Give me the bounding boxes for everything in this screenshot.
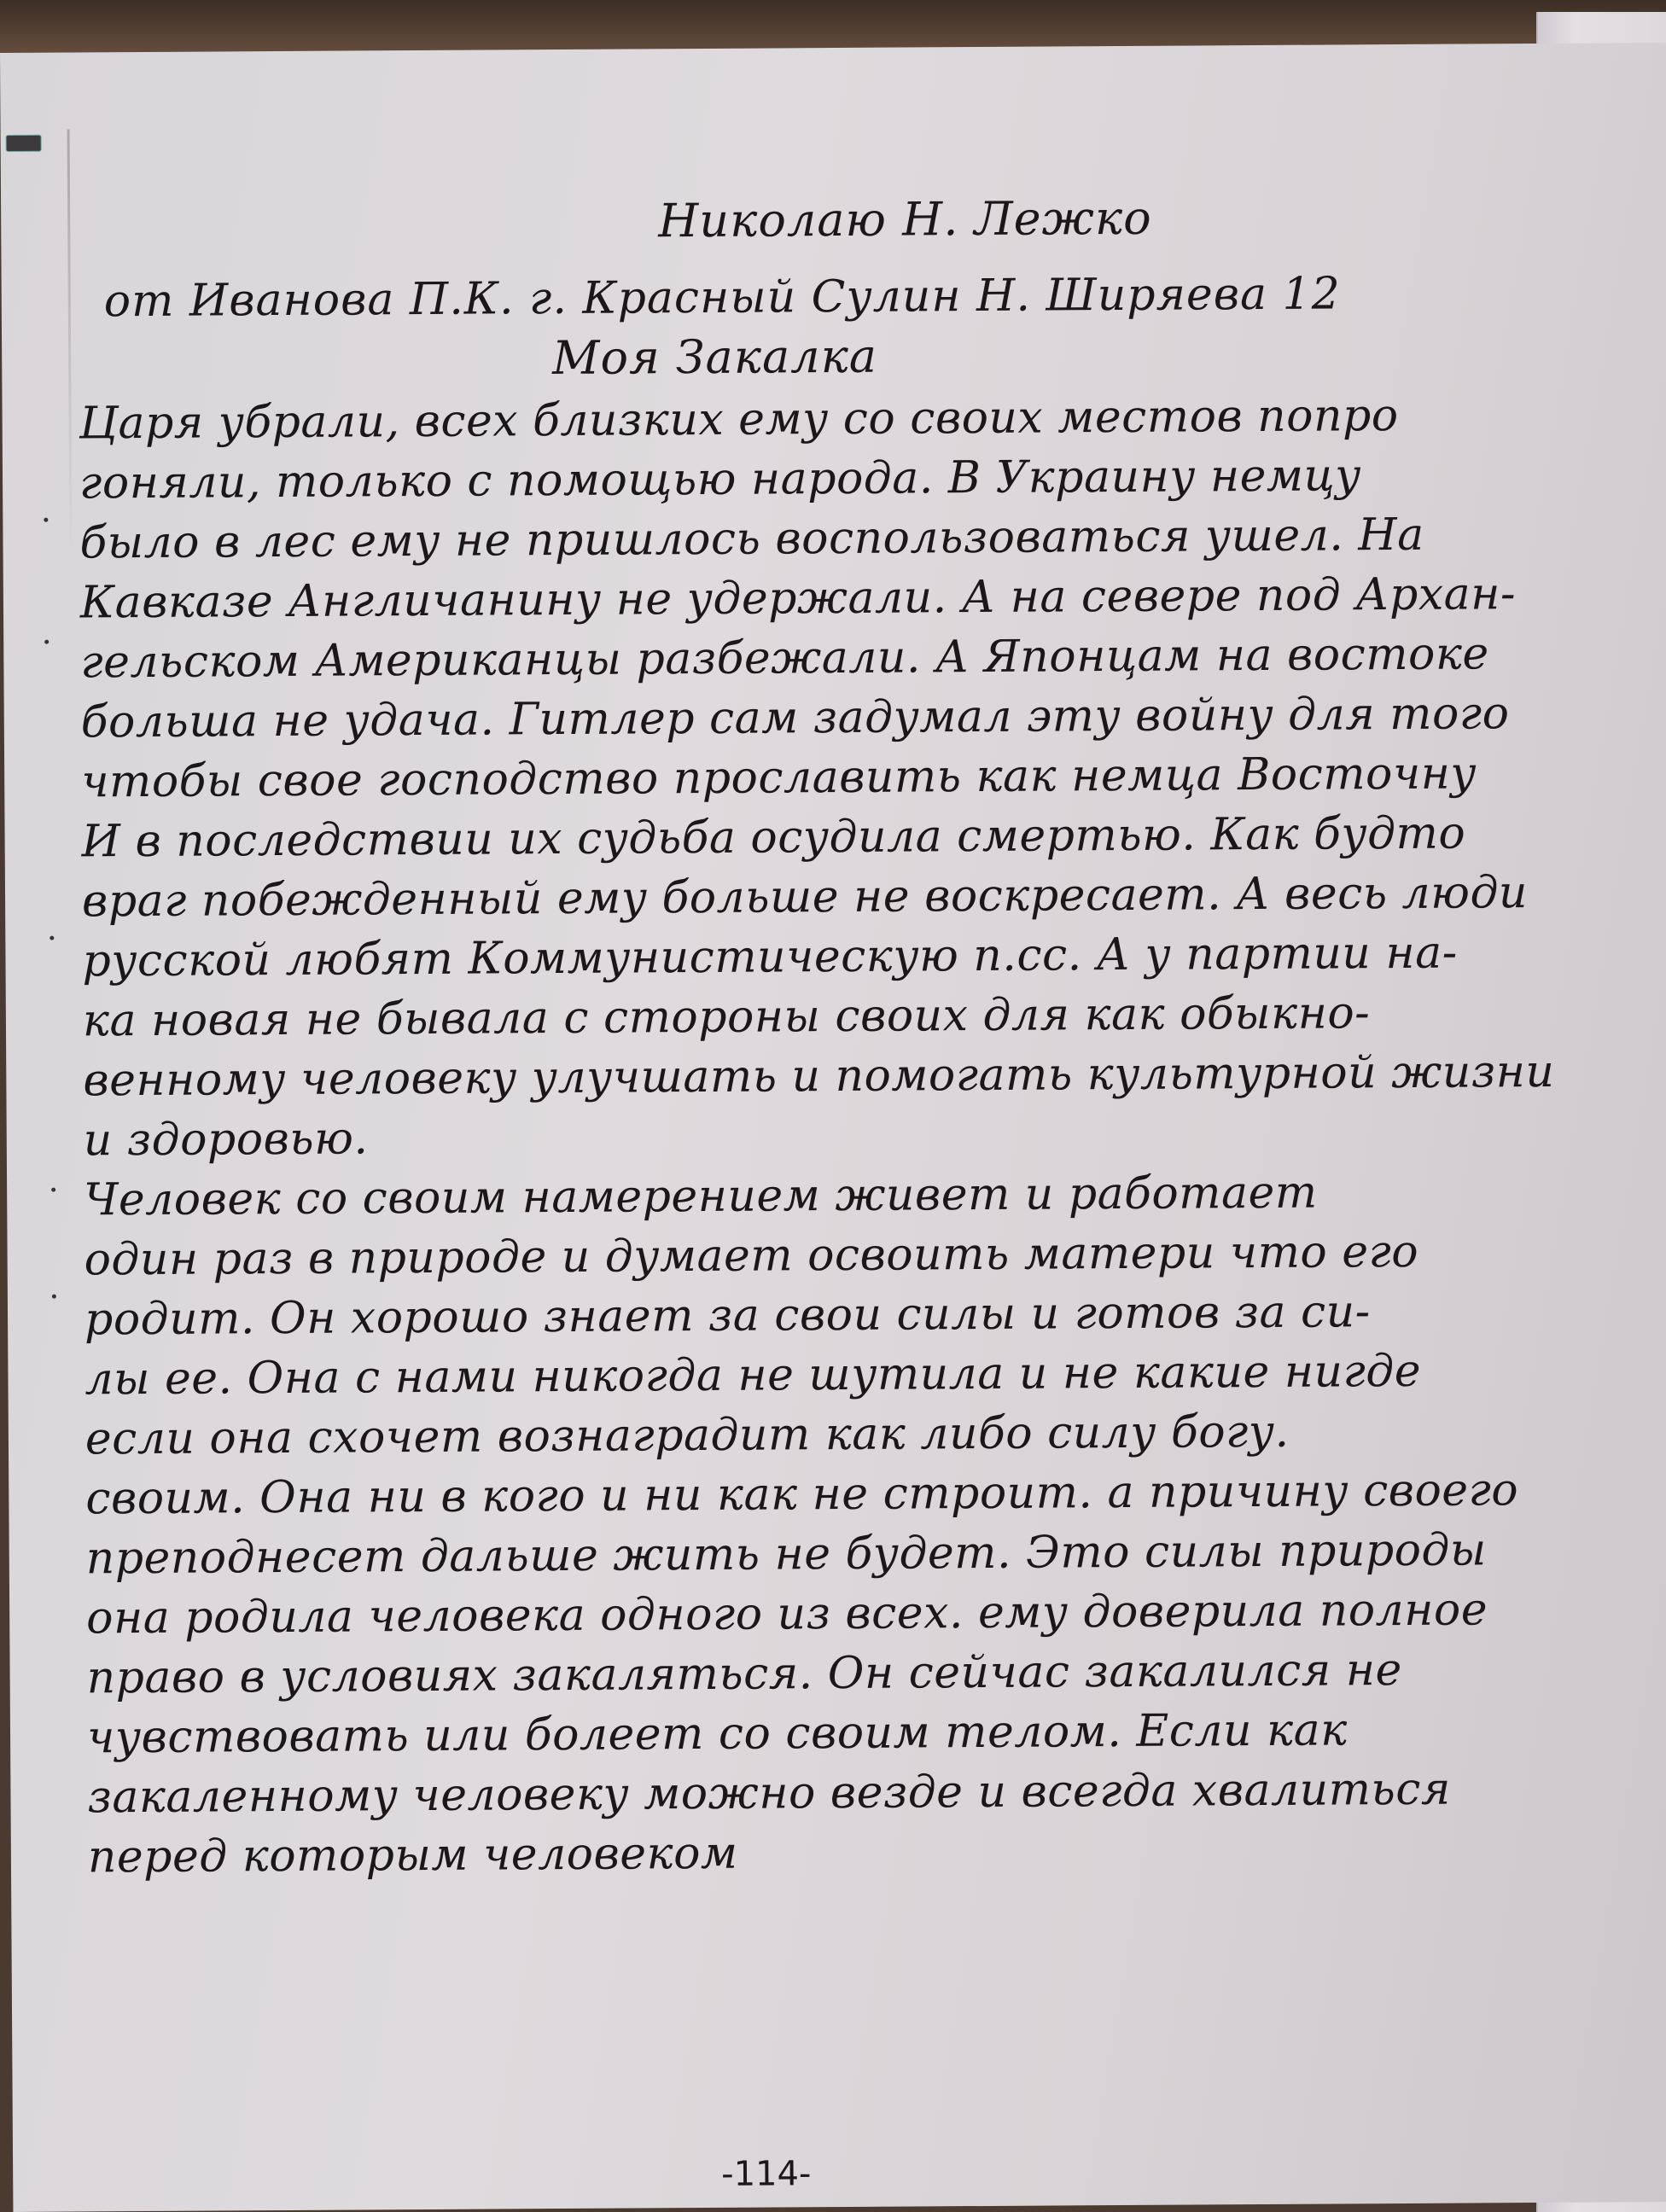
text-line: Человек со своим намерением живет и рабо… (84, 1161, 1555, 1231)
text-line: она родила человека одного из всех. ему … (86, 1580, 1558, 1649)
text-line: больша не удача. Гитлер сам задумал эту … (81, 684, 1552, 753)
text-line: русской любят Коммунистическую п.сс. А у… (82, 923, 1553, 992)
text-line: Царя убрали, всех близких ему со своих м… (79, 385, 1550, 454)
page-number: -114- (721, 2154, 811, 2194)
text-line: лы ее. Она с нами никогда не шутила и не… (84, 1341, 1556, 1410)
text-line: родит. Он хорошо знает за свои силы и го… (84, 1281, 1556, 1350)
margin-dot (50, 936, 54, 940)
handwritten-page: Николаю Н. Лежко от Иванова П.К. г. Крас… (0, 43, 1666, 2212)
text-line: враг побежденный ему больше не воскресае… (82, 863, 1553, 932)
text-line: своим. Она ни в кого и ни как не строит.… (85, 1460, 1557, 1529)
text-line: один раз в природе и думает освоить мате… (84, 1221, 1555, 1290)
paper-fold-line (67, 130, 73, 556)
margin-dot (51, 1188, 55, 1192)
body-text: Царя убрали, всех близких ему со своих м… (79, 385, 1559, 1887)
text-line: было в лес ему не пришлось воспользовать… (79, 504, 1551, 573)
binder-hole-mark (6, 135, 42, 152)
text-line: чувствовать или болеет со своим телом. Е… (87, 1699, 1558, 1768)
text-line: венному человеку улучшать и помогать кул… (83, 1042, 1554, 1111)
text-line: гельском Американцы разбежали. А Японцам… (80, 624, 1552, 693)
margin-dot (52, 1295, 56, 1299)
text-line: гоняли, только с помощью народа. В Украи… (79, 445, 1551, 514)
margin-dot (44, 640, 49, 644)
text-line: и здоровью. (84, 1102, 1555, 1171)
text-line: Кавказе Англичанину не удержали. А на се… (80, 564, 1552, 633)
text-line: если она схочет вознаградит как либо сил… (85, 1400, 1557, 1470)
text-line: преподнесет дальше жить не будет. Это си… (86, 1520, 1558, 1589)
sender-line: от Иванова П.К. г. Красный Сулин Н. Ширя… (104, 268, 1341, 327)
text-line: закаленному человеку можно везде и всегд… (87, 1759, 1558, 1828)
text-line: право в условиях закаляться. Он сейчас з… (86, 1639, 1558, 1708)
document-title: Моя Закалка (552, 329, 877, 385)
text-line: чтобы свое господство прославить как нем… (81, 743, 1552, 812)
text-line: И в последствии их судьба осудила смерть… (81, 803, 1552, 872)
addressee-header: Николаю Н. Лежко (658, 191, 1152, 248)
margin-dot (44, 518, 48, 522)
text-line: ка новая не бывала с стороны своих для к… (83, 982, 1554, 1051)
text-line: перед которым человеком (88, 1819, 1559, 1888)
